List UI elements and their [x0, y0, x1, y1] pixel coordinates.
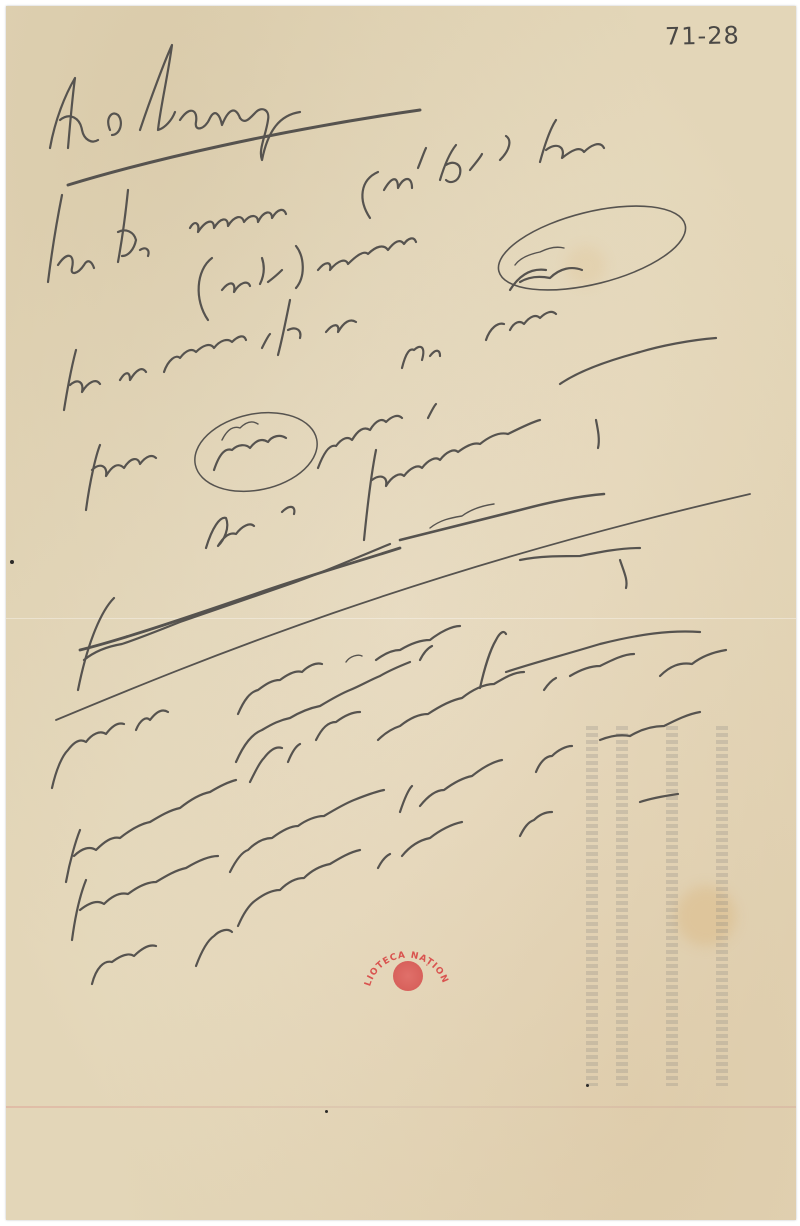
manuscript-title: A o l a n g s: [50, 80, 288, 126]
manuscript-line: Însă ca apeaurs, bo ar anusit: [57, 297, 408, 398]
manuscript-line: Iar tu ămrurai (iar tu) dorepi: [42, 164, 423, 260]
manuscript-line: Cu pe, pistabs, si ypoa ri —: [86, 857, 381, 985]
manuscript-line: Nuna (emrov cersi) albhut e coro: [82, 386, 484, 498]
manuscript-line: (sortei) rostaors: [198, 243, 397, 298]
struck-manuscript-line: Harbour taaas atom ora: [70, 523, 381, 649]
manuscript-line: Du crisis: [398, 326, 499, 364]
